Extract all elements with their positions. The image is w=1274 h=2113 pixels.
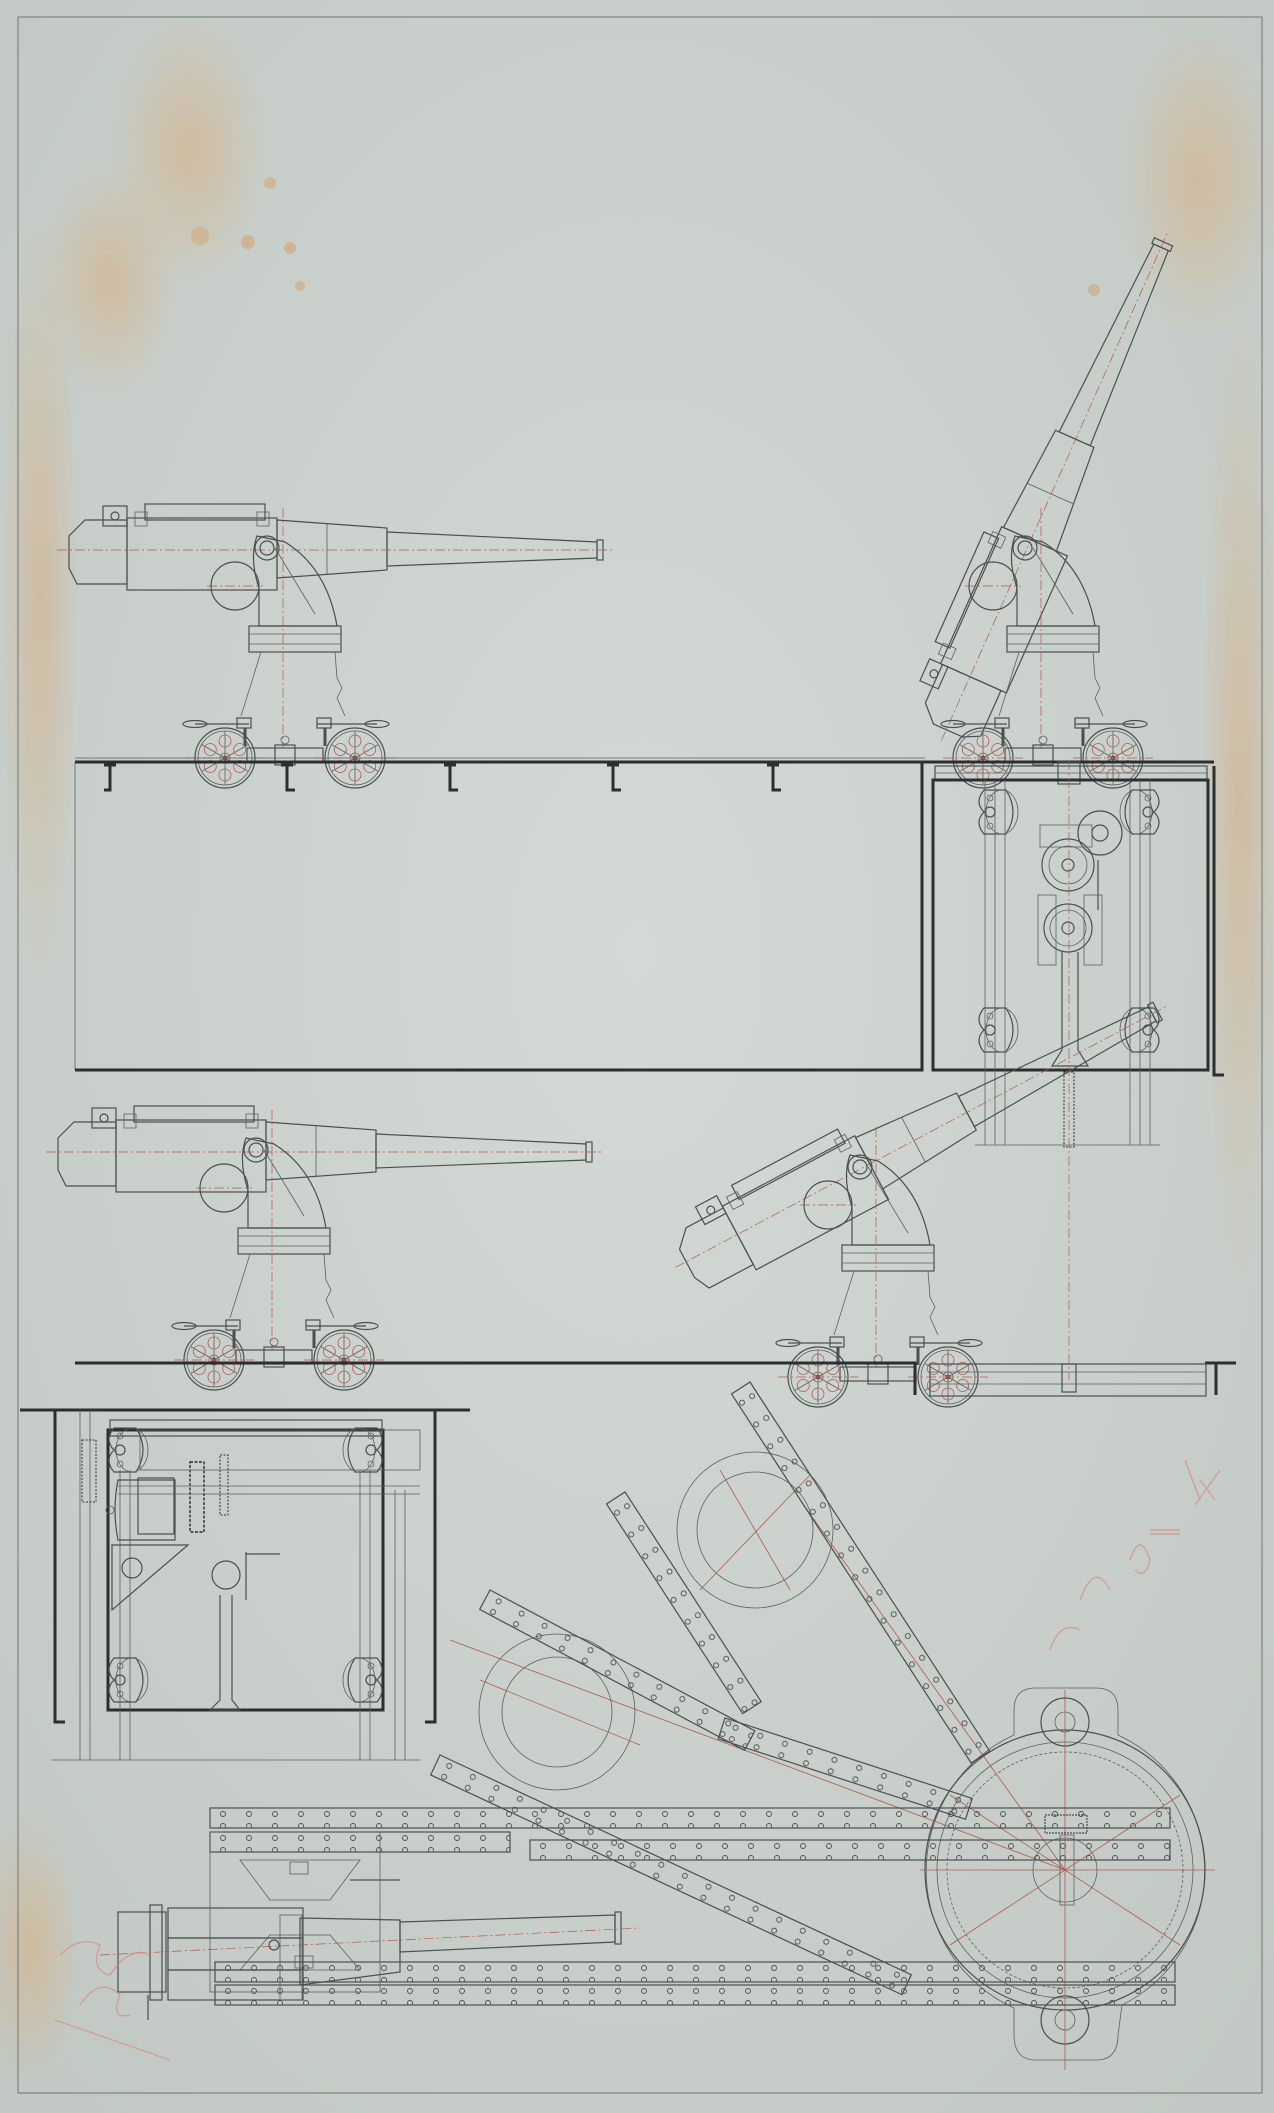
engineering-drawing-sheet [0,0,1274,2113]
drawing-canvas [0,0,1274,2113]
paper-background [0,0,1274,2113]
